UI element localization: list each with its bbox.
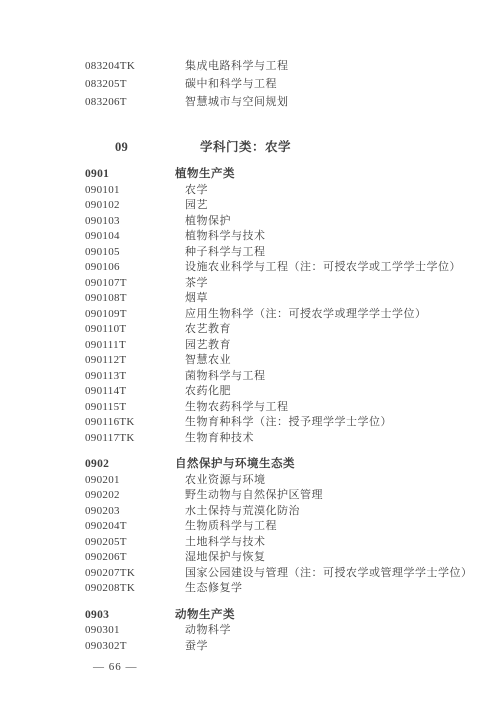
- section-header-row: 0903动物生产类: [0, 608, 500, 624]
- leading-rows: 083204TK集成电路科学与工程083205T碳中和科学与工程083206T智…: [0, 0, 500, 111]
- row-code: 090302T: [85, 639, 185, 655]
- catalog-row: 083206T智慧城市与空间规划: [0, 93, 500, 111]
- row-code: 083206T: [85, 93, 185, 111]
- row-code: 090207TK: [85, 566, 185, 582]
- catalog-row: 090114T农药化肥: [0, 384, 500, 400]
- catalog-row: 090201农业资源与环境: [0, 473, 500, 489]
- section-title: 植物生产类: [175, 168, 235, 180]
- row-code: 090106: [85, 260, 185, 276]
- catalog-row: 090205T土地科学与技术: [0, 535, 500, 551]
- row-name: 国家公园建设与管理（注：可授农学或管理学学士学位）: [185, 567, 473, 579]
- catalog-row: 090102园艺: [0, 198, 500, 214]
- row-name: 设施农业科学与工程（注：可授农学或工学学士学位）: [185, 261, 461, 273]
- row-code: 090107T: [85, 276, 185, 292]
- row-name: 农药化肥: [185, 385, 231, 397]
- row-code: 090110T: [85, 322, 185, 338]
- row-code: 090205T: [85, 535, 185, 551]
- row-code: 090117TK: [85, 431, 185, 447]
- row-name: 水土保持与荒漠化防治: [185, 505, 300, 517]
- document-page: 083204TK集成电路科学与工程083205T碳中和科学与工程083206T智…: [0, 0, 500, 707]
- row-code: 090112T: [85, 353, 185, 369]
- row-code: 090113T: [85, 369, 185, 385]
- section-header-row: 0901植物生产类: [0, 167, 500, 183]
- row-code: 090202: [85, 488, 185, 504]
- row-name: 集成电路科学与工程: [185, 60, 289, 72]
- row-name: 植物科学与技术: [185, 230, 266, 242]
- catalog-row: 090105种子科学与工程: [0, 245, 500, 261]
- catalog-row: 090104植物科学与技术: [0, 229, 500, 245]
- catalog-row: 083204TK集成电路科学与工程: [0, 57, 500, 75]
- row-name: 湿地保护与恢复: [185, 551, 266, 563]
- catalog-row: 090302T蚕学: [0, 639, 500, 655]
- section: 0903动物生产类090301动物科学090302T蚕学: [0, 608, 500, 655]
- row-code: 090201: [85, 473, 185, 489]
- catalog-row: 090112T智慧农业: [0, 353, 500, 369]
- catalog-row: 090301动物科学: [0, 623, 500, 639]
- row-name: 土地科学与技术: [185, 536, 266, 548]
- row-code: 090111T: [85, 338, 185, 354]
- row-code: 090208TK: [85, 581, 185, 597]
- major-heading-title: 学科门类：农学: [200, 140, 291, 154]
- row-code: 083205T: [85, 75, 185, 93]
- row-code: 083204TK: [85, 57, 185, 75]
- row-name: 菌物科学与工程: [185, 370, 266, 382]
- row-name: 生物育种技术: [185, 432, 254, 444]
- catalog-row: 090107T茶学: [0, 276, 500, 292]
- catalog-row: 090106设施农业科学与工程（注：可授农学或工学学士学位）: [0, 260, 500, 276]
- catalog-row: 090202野生动物与自然保护区管理: [0, 488, 500, 504]
- catalog-row: 090110T农艺教育: [0, 322, 500, 338]
- row-name: 茶学: [185, 277, 208, 289]
- row-name: 园艺: [185, 199, 208, 211]
- row-code: 090206T: [85, 550, 185, 566]
- row-name: 应用生物科学（注：可授农学或理学学士学位）: [185, 308, 427, 320]
- catalog-row: 090108T烟草: [0, 291, 500, 307]
- row-name: 种子科学与工程: [185, 246, 266, 258]
- section-title: 动物生产类: [175, 609, 235, 621]
- row-code: 090103: [85, 214, 185, 230]
- row-code: 090114T: [85, 384, 185, 400]
- catalog-row: 090113T菌物科学与工程: [0, 369, 500, 385]
- row-code: 090101: [85, 183, 185, 199]
- major-heading-code: 09: [115, 139, 200, 156]
- row-name: 农艺教育: [185, 323, 231, 335]
- section: 0901植物生产类090101农学090102园艺090103植物保护09010…: [0, 167, 500, 446]
- row-name: 农业资源与环境: [185, 474, 266, 486]
- section-title: 自然保护与环境生态类: [175, 458, 295, 470]
- catalog-row: 090116TK生物育种科学（注：授予理学学士学位）: [0, 415, 500, 431]
- row-code: 090116TK: [85, 415, 185, 431]
- row-code: 0903: [85, 608, 175, 624]
- catalog-row: 090208TK生态修复学: [0, 581, 500, 597]
- row-name: 园艺教育: [185, 339, 231, 351]
- catalog-row: 090206T湿地保护与恢复: [0, 550, 500, 566]
- row-code: 0901: [85, 167, 175, 183]
- section: 0902自然保护与环境生态类090201农业资源与环境090202野生动物与自然…: [0, 457, 500, 597]
- row-name: 蚕学: [185, 640, 208, 652]
- row-name: 生物育种科学（注：授予理学学士学位）: [185, 416, 392, 428]
- row-code: 090203: [85, 504, 185, 520]
- sections-container: 0901植物生产类090101农学090102园艺090103植物保护09010…: [0, 167, 500, 654]
- row-code: 090104: [85, 229, 185, 245]
- row-name: 生物质科学与工程: [185, 520, 277, 532]
- row-name: 植物保护: [185, 215, 231, 227]
- row-name: 动物科学: [185, 624, 231, 636]
- row-code: 090108T: [85, 291, 185, 307]
- row-name: 农学: [185, 184, 208, 196]
- row-code: 090109T: [85, 307, 185, 323]
- catalog-row: 090117TK生物育种技术: [0, 431, 500, 447]
- row-code: 090204T: [85, 519, 185, 535]
- section-header-row: 0902自然保护与环境生态类: [0, 457, 500, 473]
- catalog-row: 090109T应用生物科学（注：可授农学或理学学士学位）: [0, 307, 500, 323]
- catalog-row: 090111T园艺教育: [0, 338, 500, 354]
- row-name: 野生动物与自然保护区管理: [185, 489, 323, 501]
- row-code: 090301: [85, 623, 185, 639]
- catalog-row: 083205T碳中和科学与工程: [0, 75, 500, 93]
- row-code: 090102: [85, 198, 185, 214]
- catalog-row: 090101农学: [0, 183, 500, 199]
- row-code: 090115T: [85, 400, 185, 416]
- row-name: 智慧农业: [185, 354, 231, 366]
- catalog-row: 090203水土保持与荒漠化防治: [0, 504, 500, 520]
- row-name: 智慧城市与空间规划: [185, 96, 289, 108]
- row-name: 生态修复学: [185, 582, 243, 594]
- row-name: 生物农药科学与工程: [185, 401, 289, 413]
- catalog-row: 090115T生物农药科学与工程: [0, 400, 500, 416]
- catalog-row: 090103植物保护: [0, 214, 500, 230]
- row-code: 0902: [85, 457, 175, 473]
- page-number: — 66 —: [0, 659, 500, 675]
- row-name: 烟草: [185, 292, 208, 304]
- major-heading: 09学科门类：农学: [0, 139, 500, 156]
- row-name: 碳中和科学与工程: [185, 78, 277, 90]
- row-code: 090105: [85, 245, 185, 261]
- catalog-row: 090204T生物质科学与工程: [0, 519, 500, 535]
- catalog-row: 090207TK国家公园建设与管理（注：可授农学或管理学学士学位）: [0, 566, 500, 582]
